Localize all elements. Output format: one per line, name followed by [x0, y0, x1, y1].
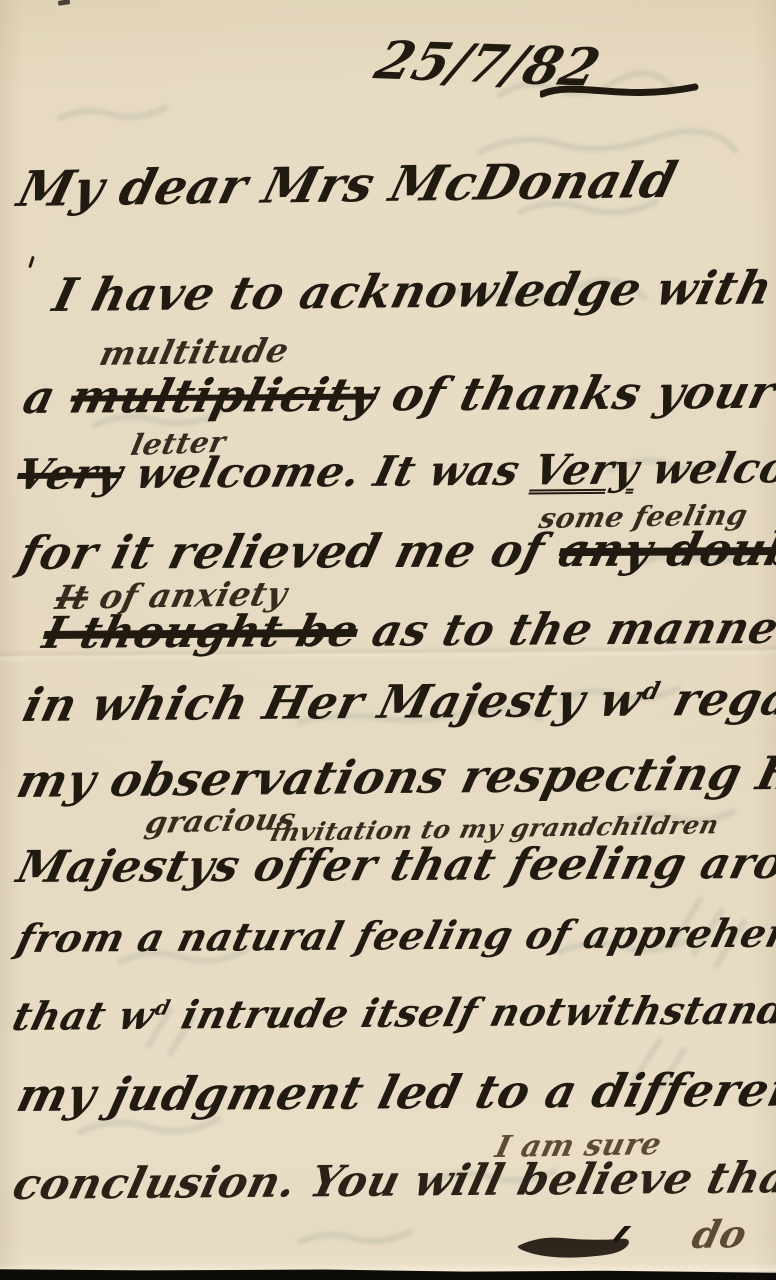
line8-pre: Majestys offer — [12, 840, 382, 893]
catchword-text: do — [688, 1211, 752, 1257]
date-flourish-stroke — [540, 76, 700, 106]
body-line-1: I have to acknowledge with — [48, 261, 776, 322]
line10-pre: that w — [8, 993, 159, 1040]
pen-tick — [28, 256, 35, 268]
line1-text: I have to acknowledge with — [48, 261, 776, 322]
line5-strikethrough-text: I thought be — [38, 606, 364, 659]
insertion-multitude-text: multitude — [96, 331, 293, 373]
body-line-10: that wd intrude itself notwithstanding — [8, 987, 776, 1040]
insertion-multitude: multitude — [96, 331, 293, 373]
body-line-9: from a natural feeling of apprehension — [12, 910, 776, 962]
line4-pre: for it relieved me of — [14, 523, 567, 580]
line8-post: that feeling arose — [370, 838, 776, 891]
line2-strikethrough-text: multiplicity — [65, 368, 384, 424]
body-line-8: Majestys offer that feeling arose — [12, 838, 776, 893]
line6-pre: in which Her Majesty w — [18, 673, 647, 732]
line10-post: intrude itself notwithstanding — [163, 987, 776, 1039]
body-line-11: my judgment led to a different — [12, 1062, 776, 1122]
paper-bottom-edge-highlight — [0, 1263, 776, 1271]
body-line-7: my observations respecting Her — [12, 745, 776, 808]
body-line-12: conclusion. You will believe that I — [8, 1153, 776, 1210]
body-line-3: Very welcome. It was Very welcome — [12, 443, 776, 499]
line3-mid: welcome. It was — [116, 446, 540, 499]
line6-post: regard — [652, 671, 776, 727]
salutation-text: My dear Mrs McDonald — [12, 151, 683, 218]
edge-mark — [58, 0, 71, 6]
line4-strikethrough-text: any doubt — [553, 522, 776, 577]
line9-text: from a natural feeling of apprehension — [12, 910, 776, 962]
line12-text: conclusion. You will believe that I — [8, 1153, 776, 1210]
line5-post: as to the manner — [351, 603, 776, 657]
line3-emphasized-word: Very — [528, 445, 644, 495]
line3-post: welcome — [633, 443, 776, 494]
body-line-4: for it relieved me of any doubt — [14, 522, 776, 580]
line7-text: my observations respecting Her — [12, 745, 776, 808]
ink-blot-strikeout — [512, 1226, 642, 1266]
line3-strikethrough-text: Very — [12, 449, 128, 499]
salutation: My dear Mrs McDonald — [12, 151, 683, 218]
letter-page: 25/7/82 My dear Mrs McDonald I have to a… — [0, 0, 776, 1280]
catchword: do — [688, 1211, 752, 1257]
line11-text: my judgment led to a different — [12, 1062, 776, 1122]
body-line-2: a multiplicity of thanks your — [18, 365, 776, 424]
line2-post: of thanks your — [370, 365, 776, 422]
body-line-6: in which Her Majesty wd regard — [18, 671, 776, 732]
body-line-5: I thought be as to the manner — [38, 603, 776, 659]
